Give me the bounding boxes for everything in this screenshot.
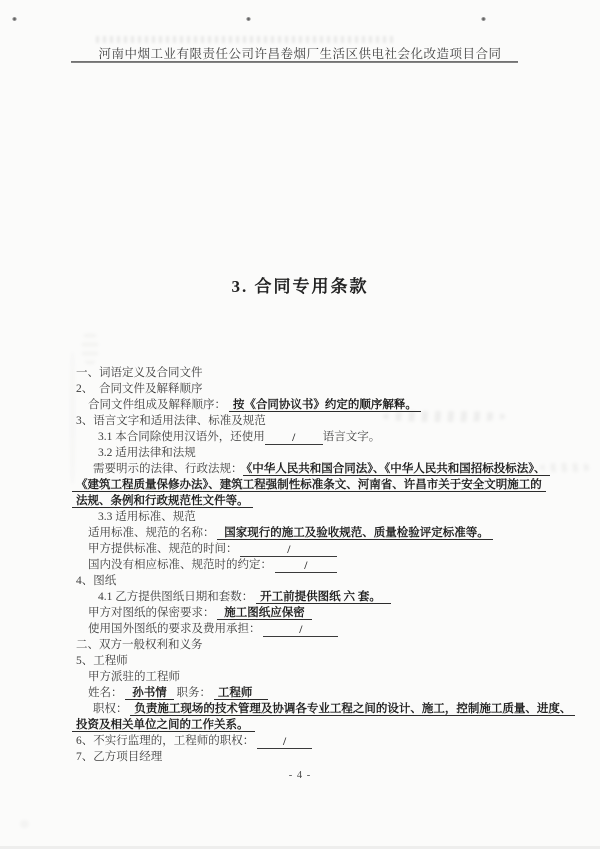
- text-line: 《建筑工程质量保修办法》、建筑工程强制性标准条文、河南省、许昌市关于安全文明施工…: [72, 477, 544, 493]
- filled-value: 工程师: [214, 687, 268, 700]
- text-segment: 甲方对图纸的保密要求：: [88, 607, 217, 619]
- text-line: 国内没有相应标准、规范时的约定： /: [72, 557, 544, 573]
- text-line: 使用国外图纸的要求及费用承担： /: [72, 621, 544, 637]
- text-line: 投资及相关单位之间的工作关系。: [72, 717, 544, 733]
- filled-value: 开工前提供图纸 六 套。: [256, 591, 391, 604]
- text-segment: 2、 合同文件及解释顺序: [76, 383, 203, 395]
- scanned-contract-page: 河南中烟工业有限责任公司许昌卷烟厂生活区供电社会化改造项目合同 3. 合同专用条…: [0, 0, 600, 849]
- filled-value: 按《合同协议书》约定的顺序解释。: [229, 399, 421, 412]
- text-line: 甲方提供标准、规范的时间： /: [72, 541, 544, 557]
- text-segment: 3.1 本合同除使用汉语外，还使用: [98, 431, 265, 443]
- scan-dot: [481, 17, 486, 21]
- text-segment: 3.2 适用法律和法规: [98, 447, 196, 459]
- text-line: 法规、条例和行政规范性文件等。: [72, 493, 544, 509]
- text-line: 适用标准、规范的名称： 国家现行的施工及验收规范、质量检验评定标准等。: [72, 525, 544, 541]
- contract-body: 一、词语定义及合同文件2、 合同文件及解释顺序合同文件组成及解释顺序： 按《合同…: [72, 365, 544, 765]
- blank-field: /: [265, 430, 323, 445]
- scan-dot: [12, 17, 17, 21]
- header-rule: [71, 61, 518, 63]
- scan-smudge: [20, 820, 29, 828]
- scan-dot: [246, 17, 251, 21]
- filled-value: 投资及相关单位之间的工作关系。: [72, 719, 255, 732]
- text-line: 3.3 适用标准、规范: [72, 509, 544, 525]
- text-segment: 3.3 适用标准、规范: [98, 511, 196, 523]
- text-segment: 一、词语定义及合同文件: [76, 367, 203, 379]
- text-segment: 二、双方一般权利和义务: [76, 639, 203, 651]
- text-segment: 国内没有相应标准、规范时的约定：: [88, 559, 275, 571]
- text-line: 3.2 适用法律和法规: [72, 445, 544, 461]
- text-segment: 甲方提供标准、规范的时间：: [88, 543, 240, 555]
- filled-value: 国家现行的施工及验收规范、质量检验评定标准等。: [217, 527, 492, 540]
- text-segment: 4、图纸: [76, 575, 116, 587]
- text-segment: 3、语言文字和适用法律、标准及规范: [76, 415, 266, 427]
- text-line: 7、乙方项目经理: [72, 749, 544, 765]
- blank-field: /: [240, 542, 337, 557]
- text-segment: 适用标准、规范的名称：: [88, 527, 217, 539]
- text-segment: 姓名：: [88, 687, 125, 699]
- text-segment: 使用国外图纸的要求及费用承担：: [88, 623, 263, 635]
- filled-value: 法规、条例和行政规范性文件等。: [72, 495, 253, 508]
- text-segment: 职务：: [174, 687, 214, 699]
- filled-value: 《中华人民共和国合同法》、《中华人民共和国招标投标法》、: [243, 463, 550, 476]
- filled-value: 孙书情: [125, 687, 173, 700]
- text-line: 需要明示的法律、行政法规：《中华人民共和国合同法》、《中华人民共和国招标投标法》…: [72, 461, 544, 477]
- text-segment: 合同文件组成及解释顺序：: [88, 399, 229, 411]
- blank-field: /: [275, 558, 337, 573]
- text-segment: 语言文字。: [323, 431, 381, 443]
- text-segment: 需要明示的法律、行政法规：: [93, 463, 243, 475]
- text-line: 6、不实行监理的，工程师的职权： /: [72, 733, 544, 749]
- text-line: 3.1 本合同除使用汉语外，还使用/语言文字。: [72, 429, 544, 445]
- text-line: 一、词语定义及合同文件: [72, 365, 544, 381]
- text-line: 姓名： 孙书情 职务： 工程师: [72, 685, 544, 701]
- text-segment: 职权：: [93, 703, 130, 715]
- bleed-through-mark: [96, 36, 396, 43]
- text-segment: 甲方派驻的工程师: [88, 671, 180, 683]
- text-line: 3、语言文字和适用法律、标准及规范: [72, 413, 544, 429]
- text-line: 职权： 负责施工现场的技术管理及协调各专业工程之间的设计、施工，控制施工质量、进…: [72, 701, 544, 717]
- page-title: 3. 合同专用条款: [0, 272, 600, 297]
- text-line: 甲方派驻的工程师: [72, 669, 544, 685]
- text-line: 5、工程师: [72, 653, 544, 669]
- text-segment: 4.1 乙方提供图纸日期和套数：: [98, 591, 256, 603]
- text-line: 4、图纸: [72, 573, 544, 589]
- text-line: 甲方对图纸的保密要求： 施工图纸应保密: [72, 605, 544, 621]
- text-segment: 7、乙方项目经理: [76, 751, 162, 763]
- blank-field: /: [257, 734, 312, 749]
- text-line: 合同文件组成及解释顺序： 按《合同协议书》约定的顺序解释。: [72, 397, 544, 413]
- filled-value: 《建筑工程质量保修办法》、建筑工程强制性标准条文、河南省、许昌市关于安全文明施工…: [72, 479, 546, 492]
- blank-field: /: [263, 622, 338, 637]
- page-number: - 4 -: [0, 770, 600, 781]
- filled-value: 施工图纸应保密: [217, 607, 311, 620]
- text-line: 2、 合同文件及解释顺序: [72, 381, 544, 397]
- text-segment: 6、不实行监理的，工程师的职权：: [76, 735, 257, 747]
- scan-smudge: [82, 332, 98, 364]
- text-line: 4.1 乙方提供图纸日期和套数： 开工前提供图纸 六 套。: [72, 589, 544, 605]
- text-line: 二、双方一般权利和义务: [72, 637, 544, 653]
- text-segment: 5、工程师: [76, 655, 128, 667]
- filled-value: 负责施工现场的技术管理及协调各专业工程之间的设计、施工，控制施工质量、进度、: [130, 703, 575, 716]
- header-title: 河南中烟工业有限责任公司许昌卷烟厂生活区供电社会化改造项目合同: [0, 44, 600, 62]
